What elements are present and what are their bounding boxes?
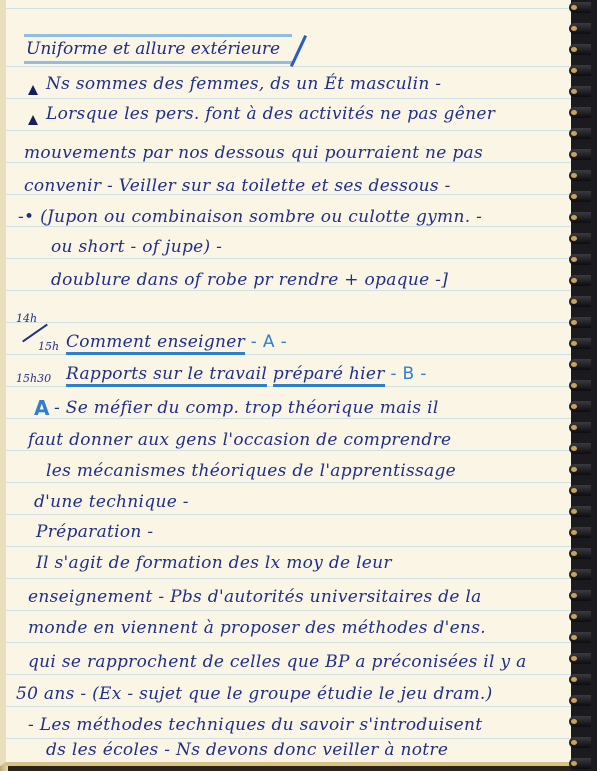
spiral-coil — [569, 128, 591, 139]
spiral-coil — [569, 464, 591, 475]
heading-comment-enseigner: Comment enseigner - A - — [66, 332, 287, 352]
section-title-uniform: Uniforme et allure extérieure — [24, 34, 292, 64]
marker-a: A — [34, 396, 50, 420]
note-line: monde en viennent à proposer des méthode… — [28, 618, 486, 638]
spiral-coil — [569, 233, 591, 244]
spiral-coil — [569, 401, 591, 412]
spiral-coil — [569, 485, 591, 496]
spiral-coil — [569, 716, 591, 727]
spiral-coil — [569, 170, 591, 181]
bullet-triangle-icon — [28, 85, 38, 95]
note-line: Lorsque les pers. font à des activités n… — [46, 104, 495, 124]
note-line: Préparation - — [36, 522, 153, 542]
heading-text: préparé hier — [273, 364, 385, 387]
note-line: -• (Jupon ou combinaison sombre ou culot… — [18, 207, 482, 227]
time-15h: 15h — [38, 340, 59, 353]
spiral-coil — [569, 548, 591, 559]
heading-text: Rapports sur le travail — [66, 364, 267, 387]
spiral-coil — [569, 254, 591, 265]
spiral-coil — [569, 338, 591, 349]
spiral-coil — [569, 737, 591, 748]
note-line: les mécanismes théoriques de l'apprentis… — [46, 461, 456, 481]
spiral-coil — [569, 359, 591, 370]
heading-text: Comment enseigner — [66, 332, 245, 355]
spiral-coil — [569, 590, 591, 601]
spiral-coil — [569, 317, 591, 328]
note-line: qui se rapprochent de celles que BP a pr… — [28, 652, 527, 672]
note-line: d'une technique - — [34, 492, 189, 512]
note-line: Il s'agit de formation des lx moy de leu… — [36, 553, 392, 573]
label-b: - B - — [390, 364, 426, 384]
spiral-coil — [569, 44, 591, 55]
spiral-coil — [569, 695, 591, 706]
spiral-coil — [569, 275, 591, 286]
label-a: - A - — [251, 332, 287, 352]
spiral-coil — [569, 611, 591, 622]
note-line: faut donner aux gens l'occasion de compr… — [28, 430, 451, 450]
spiral-coil — [569, 380, 591, 391]
spiral-coil — [569, 758, 591, 769]
time-15h30: 15h30 — [16, 372, 51, 385]
note-line: doublure dans of robe pr rendre + opaque… — [51, 270, 448, 290]
note-line: enseignement - Pbs d'autorités universit… — [28, 587, 482, 607]
note-line: Ns sommes des femmes, ds un Ét masculin … — [46, 74, 441, 94]
spiral-coil — [569, 506, 591, 517]
spiral-coil — [569, 443, 591, 454]
note-line: ou short - of jupe) - — [51, 237, 222, 257]
spiral-coil — [569, 296, 591, 307]
note-line: - Les méthodes techniques du savoir s'in… — [28, 715, 482, 735]
spiral-coil — [569, 149, 591, 160]
spiral-coil — [569, 569, 591, 580]
spiral-coil — [569, 632, 591, 643]
spiral-coil — [569, 527, 591, 538]
spiral-coil — [569, 107, 591, 118]
note-line: 50 ans - (Ex - sujet que le groupe étudi… — [16, 684, 493, 704]
heading-rapports: Rapports sur le travail préparé hier - B… — [66, 364, 427, 384]
spiral-coil — [569, 65, 591, 76]
spiral-coil — [569, 212, 591, 223]
spiral-coil — [569, 653, 591, 664]
time-struck: 14h — [16, 312, 37, 325]
note-line: convenir - Veiller sur sa toilette et se… — [24, 176, 451, 196]
bullet-triangle-icon — [28, 115, 38, 125]
note-line: ds les écoles - Ns devons donc veiller à… — [46, 740, 448, 760]
note-line: mouvements par nos dessous qui pourraien… — [24, 143, 483, 163]
spiral-coil — [569, 23, 591, 34]
spiral-coil — [569, 191, 591, 202]
note-line: - Se méfier du comp. trop théorique mais… — [54, 398, 439, 418]
spiral-coil — [569, 2, 591, 13]
spiral-coil — [569, 422, 591, 433]
spiral-coil — [569, 674, 591, 685]
notebook-page: Uniforme et allure extérieure Ns sommes … — [0, 0, 584, 766]
spiral-coil — [569, 86, 591, 97]
